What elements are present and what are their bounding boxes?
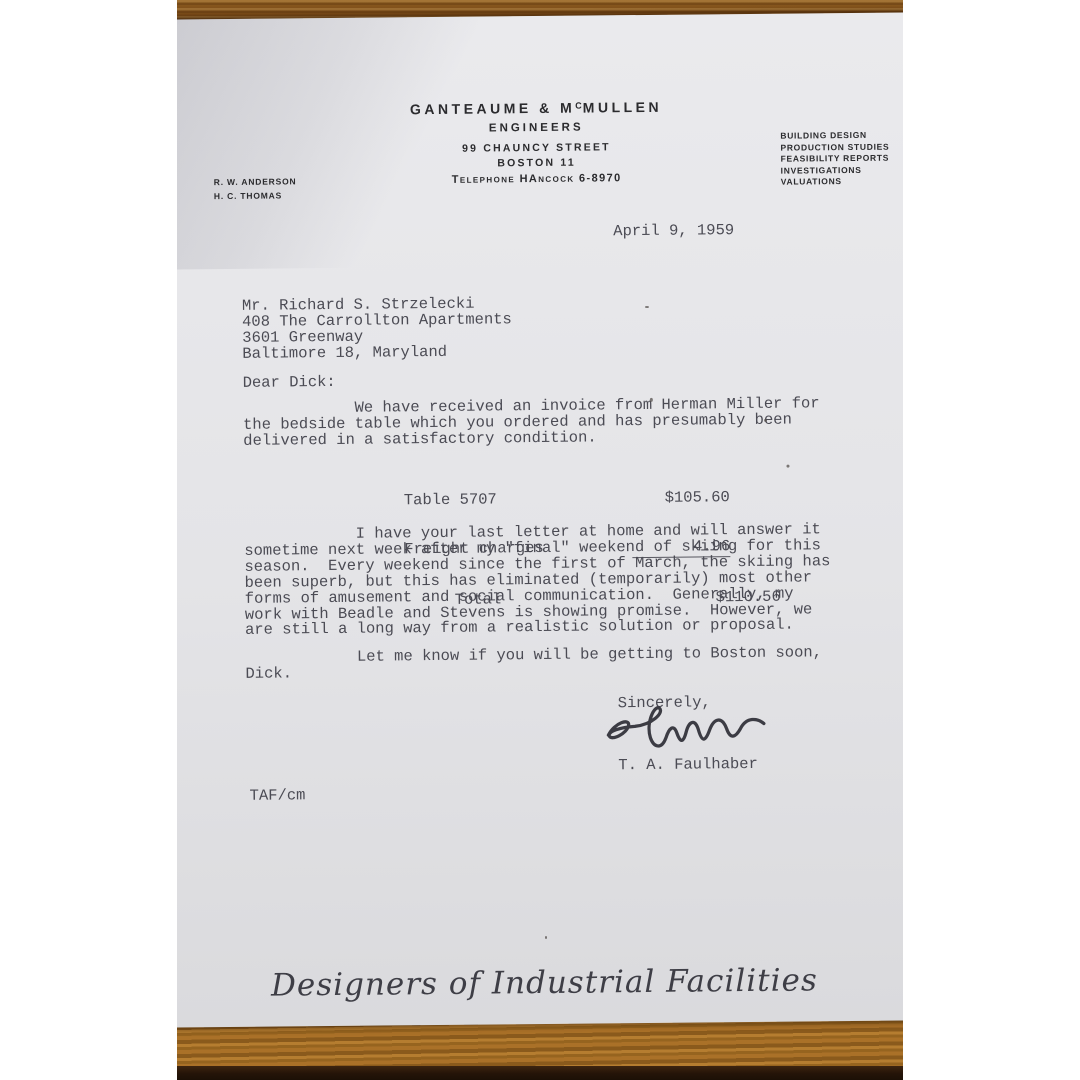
signer-name: T. A. Faulhaber — [618, 757, 758, 774]
service-item: INVESTIGATIONS — [781, 164, 890, 177]
footer-tagline: Designers of Industrial Facilities — [177, 961, 903, 1004]
company-name-part: GANTEAUME & M — [410, 100, 575, 118]
letterhead-services: BUILDING DESIGN PRODUCTION STUDIES FEASI… — [780, 130, 890, 189]
service-item: VALUATIONS — [781, 176, 890, 189]
recipient-address: Mr. Richard S. Strzelecki 408 The Carrol… — [242, 296, 512, 362]
ink-speck — [645, 306, 649, 308]
letter-photo: GANTEAUME & MCMULLEN ENGINEERS 99 CHAUNC… — [177, 0, 903, 1080]
photo-stage: GANTEAUME & MCMULLEN ENGINEERS 99 CHAUNC… — [0, 0, 1080, 1080]
body-paragraph-1: We have received an invoice from Herman … — [243, 396, 820, 449]
letter-paper: GANTEAUME & MCMULLEN ENGINEERS 99 CHAUNC… — [177, 12, 903, 1027]
ink-speck — [764, 419, 767, 422]
invoice-row-table: Table 5707 $105.60 — [404, 489, 780, 510]
ink-speck — [545, 936, 547, 939]
invoice-item-value: $105.60 — [632, 489, 730, 508]
wood-table-dark-edge — [177, 1066, 903, 1080]
company-name-mc: C — [575, 101, 583, 111]
typist-reference: TAF/cm — [250, 788, 306, 804]
body-paragraph-2: I have your last letter at home and will… — [244, 522, 831, 639]
salutation: Dear Dick: — [243, 375, 336, 392]
service-item: FEASIBILITY REPORTS — [780, 153, 889, 166]
letterhead-company-name: GANTEAUME & MCMULLEN — [177, 96, 903, 119]
partner-name: H. C. THOMAS — [214, 189, 297, 203]
service-item: PRODUCTION STUDIES — [780, 141, 889, 154]
ink-speck — [650, 398, 653, 402]
partner-name: R. W. ANDERSON — [214, 175, 297, 189]
letter-date: April 9, 1959 — [613, 223, 734, 240]
body-paragraph-3: Let me know if you will be getting to Bo… — [245, 645, 822, 682]
letterhead-partners: R. W. ANDERSON H. C. THOMAS — [214, 175, 297, 203]
ink-speck — [786, 465, 789, 468]
invoice-item-label: Table 5707 — [404, 490, 632, 510]
company-name-part: MULLEN — [583, 99, 662, 116]
service-item: BUILDING DESIGN — [780, 130, 889, 143]
